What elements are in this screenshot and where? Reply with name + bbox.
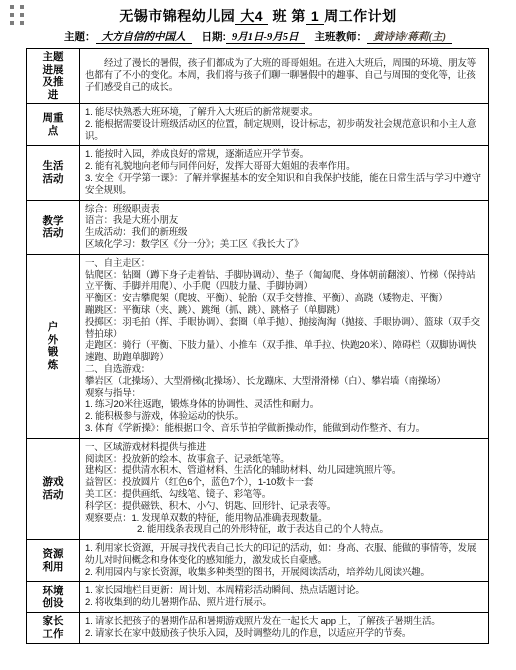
content-line: 平衡区：安吉攀爬架（爬坡、平衡）、轮胎（双手交替推、平衡）、高跷（矮物走、平衡） bbox=[85, 293, 484, 305]
content-line: 2. 能有礼貌地向老师与同伴问好，发挥大哥哥大姐姐的表率作用。 bbox=[85, 161, 484, 173]
table-row: 游戏活动一、区域游戏材料提供与推进阅读区：投放新的绘本、故事盒子、记录纸笔等。建… bbox=[27, 438, 489, 539]
content-line: 钻爬区：钻圈（蹲下身子走着钻、手脚协调动）、垫子（匍匐爬、身体朝前翻滚）、竹梯（… bbox=[85, 270, 484, 294]
content-line: 1. 家长园地栏目更新：周计划、本周精彩活动瞬间、热点话题讨论。 bbox=[85, 585, 484, 597]
content-line: 美工区：提供画纸、勾线笔、镜子、彩笔等。 bbox=[85, 489, 484, 501]
row-content: 一、区域游戏材料提供与推进阅读区：投放新的绘本、故事盒子、记录纸笔等。建构区：提… bbox=[80, 438, 489, 539]
content-line: 观察要点：1. 发现单双数的特征，能用物品准确表现数量。 bbox=[85, 513, 484, 525]
row-content: 1. 利用家长资源，开展寻找代表自己长大的印记的活动，如：身高、衣服、能做的事情… bbox=[80, 540, 489, 582]
content-line: 二、自选游戏： bbox=[85, 364, 484, 376]
content-line: 1. 利用家长资源，开展寻找代表自己长大的印记的活动，如：身高、衣服、能做的事情… bbox=[85, 543, 484, 567]
content-line: 1. 能按时入园，养成良好的常规，逐渐适应开学节奏。 bbox=[85, 149, 484, 161]
row-label: 周重点 bbox=[27, 104, 80, 146]
content-line: 一、区域游戏材料提供与推进 bbox=[85, 442, 484, 454]
content-line: 经过了漫长的暑假，孩子们都成为了大班的哥哥姐姐。在进入大班后，周围的环境、朋友等… bbox=[85, 58, 484, 93]
title-class: 大4 bbox=[235, 8, 268, 25]
row-label: 生活活动 bbox=[27, 146, 80, 200]
theme-label: 主题： bbox=[64, 31, 96, 43]
row-content: 综合：班级职责表语言：我是大班小朋友生成活动：我们的新班级区域化学习：数学区《分… bbox=[80, 200, 489, 254]
title-mid: 班 第 bbox=[273, 8, 306, 24]
content-line: 3. 安全《开学第一课》：了解并掌握基本的安全知识和自我保护技能，能在日常生活与… bbox=[85, 173, 484, 197]
content-line: 2. 能积极参与游戏，体验运动的快乐。 bbox=[85, 411, 484, 423]
content-line: 投掷区：羽毛拍（挥、手眼协调）、套圈（单手抛）、抛接淘淘（抛接、手眼协调）、篮球… bbox=[85, 317, 484, 341]
content-line: 生成活动：我们的新班级 bbox=[85, 227, 484, 239]
row-label: 游戏活动 bbox=[27, 438, 80, 539]
title-school: 无锡市锦程幼儿园 bbox=[119, 8, 235, 24]
row-label: 主题进展及推进 bbox=[27, 49, 80, 104]
content-line: 蹦跳区：平衡球（夹、跳）、跳绳（抓、跳）、跳格子（单脚跳） bbox=[85, 305, 484, 317]
row-content: 1. 家长园地栏目更新：周计划、本周精彩活动瞬间、热点话题讨论。2. 将收集到的… bbox=[80, 582, 489, 613]
content-line: 1. 能尽快熟悉大班环境，了解升入大班后的新常规要求。 bbox=[85, 107, 484, 119]
content-line: 观察与指导： bbox=[85, 388, 484, 400]
table-row: 生活活动1. 能按时入园，养成良好的常规，逐渐适应开学节奏。2. 能有礼貌地向老… bbox=[27, 146, 489, 200]
content-line: 一、自主走区： bbox=[85, 258, 484, 270]
table-row: 周重点1. 能尽快熟悉大班环境，了解升入大班后的新常规要求。2. 能根据需要设计… bbox=[27, 104, 489, 146]
date-value: 9月1日-9月5日 bbox=[226, 32, 305, 44]
row-label: 资源利用 bbox=[27, 540, 80, 582]
dot bbox=[10, 5, 14, 9]
content-line: 3. 体育《学新操》：能根据口令、音乐节拍学做新操动作，能做到动作整齐、有力。 bbox=[85, 423, 484, 435]
table-row: 主题进展及推进经过了漫长的暑假，孩子们都成为了大班的哥哥姐姐。在进入大班后，周围… bbox=[27, 49, 489, 104]
title-suffix: 周工作计划 bbox=[324, 8, 397, 24]
dot bbox=[20, 5, 24, 9]
dot bbox=[10, 21, 14, 25]
teacher-value: 黄诗诗/蒋莉(主) bbox=[367, 32, 452, 44]
content-line: 1. 请家长把孩子的暑期作品和暑期游戏照片发在一起长大 app 上，了解孩子暑期… bbox=[85, 616, 484, 628]
page-title: 无锡市锦程幼儿园大4 班 第1周工作计划 bbox=[0, 6, 516, 26]
teacher-label: 主班教师： bbox=[315, 31, 368, 43]
content-line: 1. 练习20米往返跑，锻炼身体的协调性、灵活性和耐力。 bbox=[85, 399, 484, 411]
table-row: 环境创设1. 家长园地栏目更新：周计划、本周精彩活动瞬间、热点话题讨论。2. 将… bbox=[27, 582, 489, 613]
row-content: 经过了漫长的暑假，孩子们都成为了大班的哥哥姐姐。在进入大班后，周围的环境、朋友等… bbox=[80, 49, 489, 104]
row-label: 环境创设 bbox=[27, 582, 80, 613]
row-content: 1. 请家长把孩子的暑期作品和暑期游戏照片发在一起长大 app 上，了解孩子暑期… bbox=[80, 613, 489, 644]
weekly-plan-table: 主题进展及推进经过了漫长的暑假，孩子们都成为了大班的哥哥姐姐。在进入大班后，周围… bbox=[26, 48, 489, 644]
theme-value: 大方自信的中国人 bbox=[96, 32, 192, 44]
content-line: 科学区：提供磁铁、积木、小勺、钥匙、回形针、记录表等。 bbox=[85, 501, 484, 513]
date-label: 日期: bbox=[202, 31, 227, 43]
row-label: 教学活动 bbox=[27, 200, 80, 254]
table-row: 户外锻炼一、自主走区：钻爬区：钻圈（蹲下身子走着钻、手脚协调动）、垫子（匍匐爬、… bbox=[27, 254, 489, 438]
meta-line: 主题：大方自信的中国人日期:9月1日-9月5日主班教师：黄诗诗/蒋莉(主) bbox=[0, 29, 516, 44]
dot bbox=[20, 13, 24, 17]
row-content: 1. 能尽快熟悉大班环境，了解升入大班后的新常规要求。2. 能根据需要设计班级活… bbox=[80, 104, 489, 146]
content-line: 2. 利用园内与家长资源，收集多种类型的图书，开展阅读活动，培养幼儿阅读兴趣。 bbox=[85, 567, 484, 579]
content-line: 2. 将收集到的幼儿暑期作品、照片进行展示。 bbox=[85, 597, 484, 609]
row-content: 1. 能按时入园，养成良好的常规，逐渐适应开学节奏。2. 能有礼貌地向老师与同伴… bbox=[80, 146, 489, 200]
content-line: 益智区：投放圆片（红色6个，蓝色7个），1-10数卡一套 bbox=[85, 477, 484, 489]
dot bbox=[20, 21, 24, 25]
table-row: 家长工作1. 请家长把孩子的暑期作品和暑期游戏照片发在一起长大 app 上，了解… bbox=[27, 613, 489, 644]
content-line: 2. 请家长在家中鼓励孩子快乐入园，及时调整幼儿的作息，以适应开学的节奏。 bbox=[85, 628, 484, 640]
row-content: 一、自主走区：钻爬区：钻圈（蹲下身子走着钻、手脚协调动）、垫子（匍匐爬、身体朝前… bbox=[80, 254, 489, 438]
content-line: 2. 能根据需要设计班级活动区的位置，制定规则，设计标志，初步萌发社会规范意识和… bbox=[85, 119, 484, 143]
row-label: 家长工作 bbox=[27, 613, 80, 644]
table-row: 资源利用1. 利用家长资源，开展寻找代表自己长大的印记的活动，如：身高、衣服、能… bbox=[27, 540, 489, 582]
content-line: 走跑区：骑行（平衡、下肢力量）、小推车（双手推、单手拉、快跑20米）、障碍栏（双… bbox=[85, 340, 484, 364]
content-line: 建构区：提供清水积木、管道材料、生活化的辅助材料、幼儿园建筑照片等。 bbox=[85, 465, 484, 477]
title-week: 1 bbox=[306, 8, 324, 25]
content-line: 2. 能用线条表现自己的外形特征，敢于表达自己的个人特点。 bbox=[85, 524, 484, 536]
dot bbox=[10, 13, 14, 17]
content-line: 阅读区：投放新的绘本、故事盒子、记录纸笔等。 bbox=[85, 454, 484, 466]
drag-handle-icon[interactable] bbox=[10, 5, 25, 25]
content-line: 攀岩区（北操场）、大型滑梯(北操场）、长龙蹦床、大型滑滑梯（白）、攀岩墙（南操场… bbox=[85, 376, 484, 388]
table-row: 教学活动综合：班级职责表语言：我是大班小朋友生成活动：我们的新班级区域化学习：数… bbox=[27, 200, 489, 254]
content-line: 区域化学习：数学区《分一分》；美工区《我长大了》 bbox=[85, 239, 484, 251]
content-line: 语言：我是大班小朋友 bbox=[85, 215, 484, 227]
row-label: 户外锻炼 bbox=[27, 254, 80, 438]
content-line: 综合：班级职责表 bbox=[85, 204, 484, 216]
